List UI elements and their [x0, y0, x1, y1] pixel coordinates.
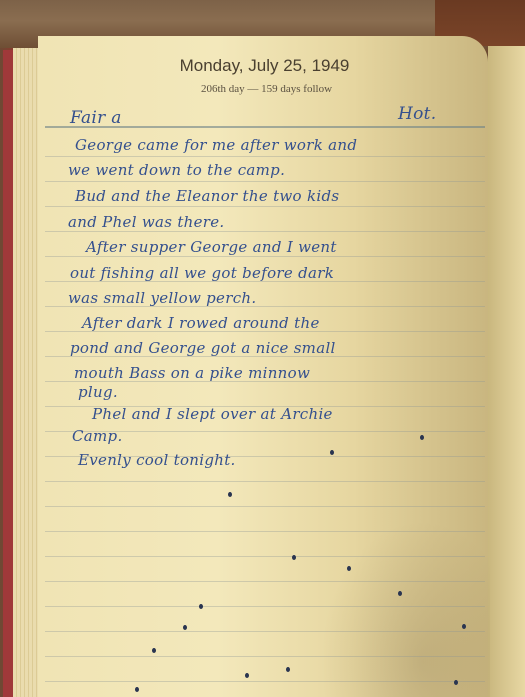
ink-spot	[462, 624, 466, 629]
entry-line: George came for me after work and	[75, 136, 357, 154]
entry-line: we went down to the camp.	[68, 161, 285, 179]
ink-spot	[152, 648, 156, 653]
ruled-line	[45, 606, 485, 607]
weather-note-left: Fair a	[70, 108, 122, 128]
page-date-heading: Monday, July 25, 1949	[0, 56, 525, 76]
ruled-line	[45, 656, 485, 657]
weather-note-right: Hot.	[398, 104, 437, 124]
page-shadow	[320, 520, 490, 697]
ink-spot	[183, 625, 187, 630]
entry-line: Camp.	[72, 427, 123, 445]
ink-spot	[330, 450, 334, 455]
entry-line: Evenly cool tonight.	[78, 451, 236, 469]
entry-line: was small yellow perch.	[68, 289, 256, 307]
ruled-line	[45, 156, 485, 157]
entry-line: After dark I rowed around the	[82, 314, 320, 332]
ink-spot	[347, 566, 351, 571]
entry-line: out fishing all we got before dark	[70, 264, 334, 282]
ruled-line	[45, 531, 485, 532]
entry-line: and Phel was there.	[68, 213, 225, 231]
ink-spot	[245, 673, 249, 678]
red-spine	[3, 50, 13, 697]
entry-line: plug.	[78, 383, 118, 401]
ruled-line	[45, 231, 485, 232]
ink-spot	[286, 667, 290, 672]
ruled-line	[45, 631, 485, 632]
ink-spot	[135, 687, 139, 692]
entry-line: Phel and I slept over at Archie	[92, 405, 333, 423]
ruled-line	[45, 581, 485, 582]
day-count-subtitle: 206th day — 159 days follow	[0, 83, 525, 95]
ruled-line	[45, 481, 485, 482]
ruled-line	[45, 506, 485, 507]
ruled-line	[45, 681, 485, 682]
entry-line: mouth Bass on a pike minnow	[74, 364, 310, 382]
facing-page	[488, 46, 525, 697]
ruled-line	[45, 206, 485, 207]
ruled-line	[45, 181, 485, 182]
entry-line: After supper George and I went	[86, 238, 337, 256]
ink-spot	[228, 492, 232, 497]
entry-line: pond and George got a nice small	[70, 339, 336, 357]
ink-spot	[199, 604, 203, 609]
ink-spot	[292, 555, 296, 560]
ink-spot	[454, 680, 458, 685]
ruled-line	[45, 556, 485, 557]
page-stack-edges	[13, 48, 41, 697]
entry-line: Bud and the Eleanor the two kids	[75, 187, 339, 205]
ink-spot	[420, 435, 424, 440]
ruled-line	[45, 256, 485, 257]
ink-spot	[398, 591, 402, 596]
